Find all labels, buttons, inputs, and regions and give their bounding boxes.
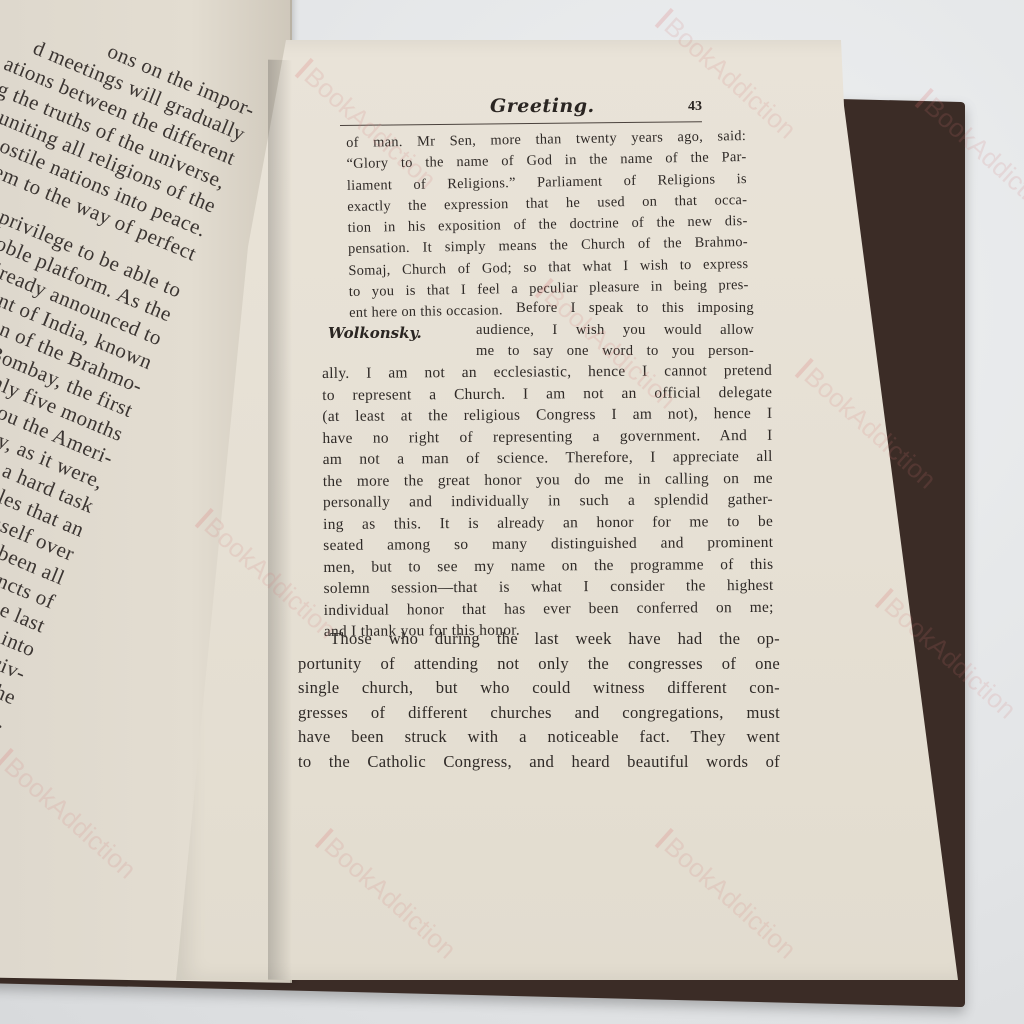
text-line: to the Catholic Congress, and heard beau…: [298, 750, 780, 775]
text-line: audience, I wish you would allow: [476, 320, 754, 342]
text-line: (at least at the religious Congress I am…: [322, 403, 772, 428]
continuation-paragraph: of man. Mr Sen, more than twenty years a…: [346, 126, 749, 325]
text-line: solemn session—that is what I consider t…: [324, 575, 774, 600]
text-line: men, but to see my name on the programme…: [323, 553, 773, 578]
text-line: Those who during the last week have had …: [298, 627, 780, 652]
text-line: ally. I am not an ecclesiastic, hence I …: [322, 360, 772, 385]
right-page-content: Greeting. 43 of man. Mr Sen, more than t…: [340, 95, 810, 121]
text-line: have been struck with a noticeable fact.…: [298, 725, 780, 750]
text-line: gresses of different churches and congre…: [298, 701, 780, 726]
running-head: Greeting. 43: [340, 95, 810, 121]
text-line: the more the great honor you do me in ca…: [323, 467, 773, 492]
text-line: have no right of representing a governme…: [322, 424, 772, 449]
text-line: single church, but who could witness dif…: [298, 676, 780, 701]
text-line: am not a man of science. Therefore, I ap…: [323, 446, 773, 471]
speaker-name: Wolkonsky.: [328, 324, 422, 342]
page-number: 43: [688, 99, 702, 115]
speaker-block: Wolkonsky. Before I speak to this imposi…: [328, 298, 768, 368]
body-paragraph: Those who during the last week have had …: [298, 627, 780, 774]
text-line: personally and individually in such a sp…: [323, 489, 773, 514]
speech-paragraph: ally. I am not an ecclesiastic, hence I …: [322, 360, 774, 643]
text-line: portunity of attending not only the cong…: [298, 652, 780, 677]
text-line: ing as this. It is already an honor for …: [323, 510, 773, 535]
text-line: to represent a Church. I am not an offic…: [322, 381, 772, 406]
text-line: Before I speak to this imposing: [476, 298, 754, 320]
book-gutter: [268, 60, 298, 981]
text-line: seated among so many distinguished and p…: [323, 532, 773, 557]
running-title: Greeting.: [490, 95, 595, 117]
text-line: me to say one word to you person-: [476, 341, 754, 363]
text-line: individual honor that has ever been conf…: [324, 596, 774, 621]
speaker-side-lines: Before I speak to this imposing audience…: [476, 298, 754, 363]
